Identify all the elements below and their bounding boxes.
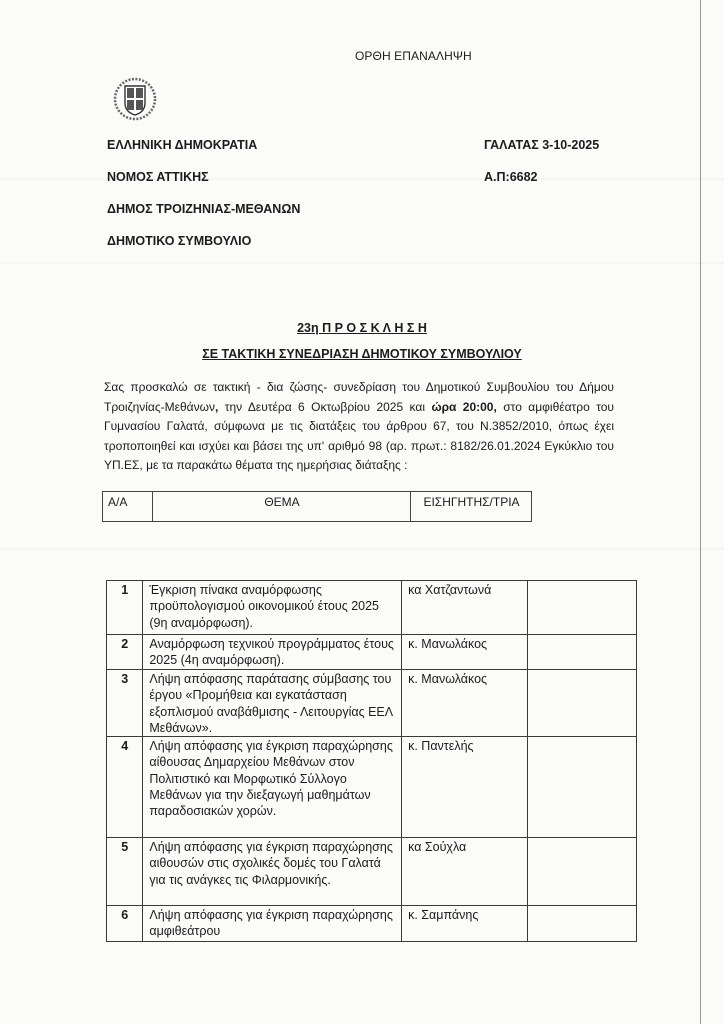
table-row: 6 Λήψη απόφασης για έγκριση παραχώρησης … (107, 906, 637, 942)
table-row: 5 Λήψη απόφασης για έγκριση παραχώρησης … (107, 838, 637, 906)
header-country: ΕΛΛΗΝΙΚΗ ΔΗΜΟΚΡΑΤΙΑ (107, 138, 257, 152)
col-header-number: Α/Α (103, 492, 153, 522)
header-prefecture: ΝΟΜΟΣ ΑΤΤΙΚΗΣ (107, 170, 209, 184)
header-municipality: ΔΗΜΟΣ ΤΡΟΙΖΗΝΙΑΣ-ΜΕΘΑΝΩΝ (107, 202, 300, 216)
correction-stamp: ΟΡΘΗ ΕΠΑΝΑΛΗΨΗ (355, 49, 472, 63)
invitation-subtitle: ΣΕ ΤΑΚΤΙΚΗ ΣΥΝΕΔΡΙΑΣΗ ΔΗΜΟΤΙΚΟΥ ΣΥΜΒΟΥΛΙ… (0, 347, 724, 361)
col-header-topic: ΘΕΜΑ (153, 492, 411, 522)
invitation-body: Σας προσκαλώ σε τακτική - δια ζώσης- συν… (104, 378, 614, 476)
table-row: 3 Λήψη απόφασης παράτασης σύμβασης του έ… (107, 670, 637, 737)
header-council: ΔΗΜΟΤΙΚΟ ΣΥΜΒΟΥΛΙΟ (107, 234, 251, 248)
table-row: 1 Έγκριση πίνακα αναμόρφωσης προϋπολογισ… (107, 581, 637, 635)
agenda-header-table: Α/Α ΘΕΜΑ ΕΙΣΗΓΗΤΗΣ/ΤΡΙΑ (102, 491, 532, 522)
greek-coat-of-arms-icon (113, 77, 157, 121)
table-row: 4 Λήψη απόφασης για έγκριση παραχώρησης … (107, 737, 637, 838)
col-header-rapporteur: ΕΙΣΗΓΗΤΗΣ/ΤΡΙΑ (411, 492, 532, 522)
scan-artifact (0, 262, 724, 264)
protocol-number: Α.Π:6682 (484, 170, 538, 184)
invitation-title: 23η Π Ρ Ο Σ Κ Λ Η Σ Η (0, 321, 724, 335)
page-edge (700, 0, 701, 1024)
meeting-time: ώρα 20:00, (431, 400, 496, 414)
place-date: ΓΑΛΑΤΑΣ 3-10-2025 (484, 138, 599, 152)
agenda-table: 1 Έγκριση πίνακα αναμόρφωσης προϋπολογισ… (106, 580, 637, 942)
table-row: 2 Αναμόρφωση τεχνικού προγράμματος έτους… (107, 635, 637, 670)
scan-artifact (0, 548, 724, 550)
